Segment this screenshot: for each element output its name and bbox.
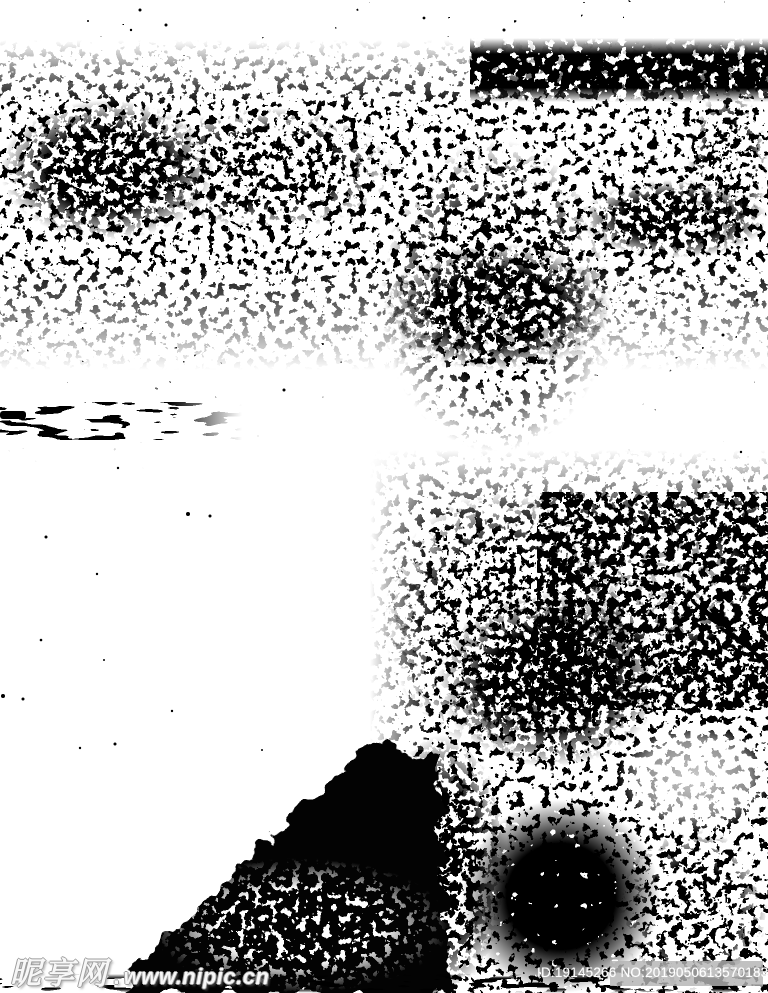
texture-cluster-midleft	[140, 108, 395, 230]
texture-canvas	[0, 0, 768, 993]
nipic-site-watermark: 昵享网.www.nipic.cn	[10, 948, 269, 993]
texture-column-center-core	[384, 243, 610, 371]
image-id-watermark: ID:19145266 NO:20190506135701833000	[537, 965, 768, 980]
watermark-site-name: 昵享网	[10, 948, 109, 993]
texture-dash-solid	[0, 411, 26, 419]
grunge-texture-image	[0, 0, 768, 993]
texture-dash-row	[0, 402, 242, 440]
texture-band-right-mid	[688, 88, 768, 243]
watermark-site-url: www.nipic.cn	[124, 964, 270, 990]
watermark-separator: .	[113, 963, 120, 991]
